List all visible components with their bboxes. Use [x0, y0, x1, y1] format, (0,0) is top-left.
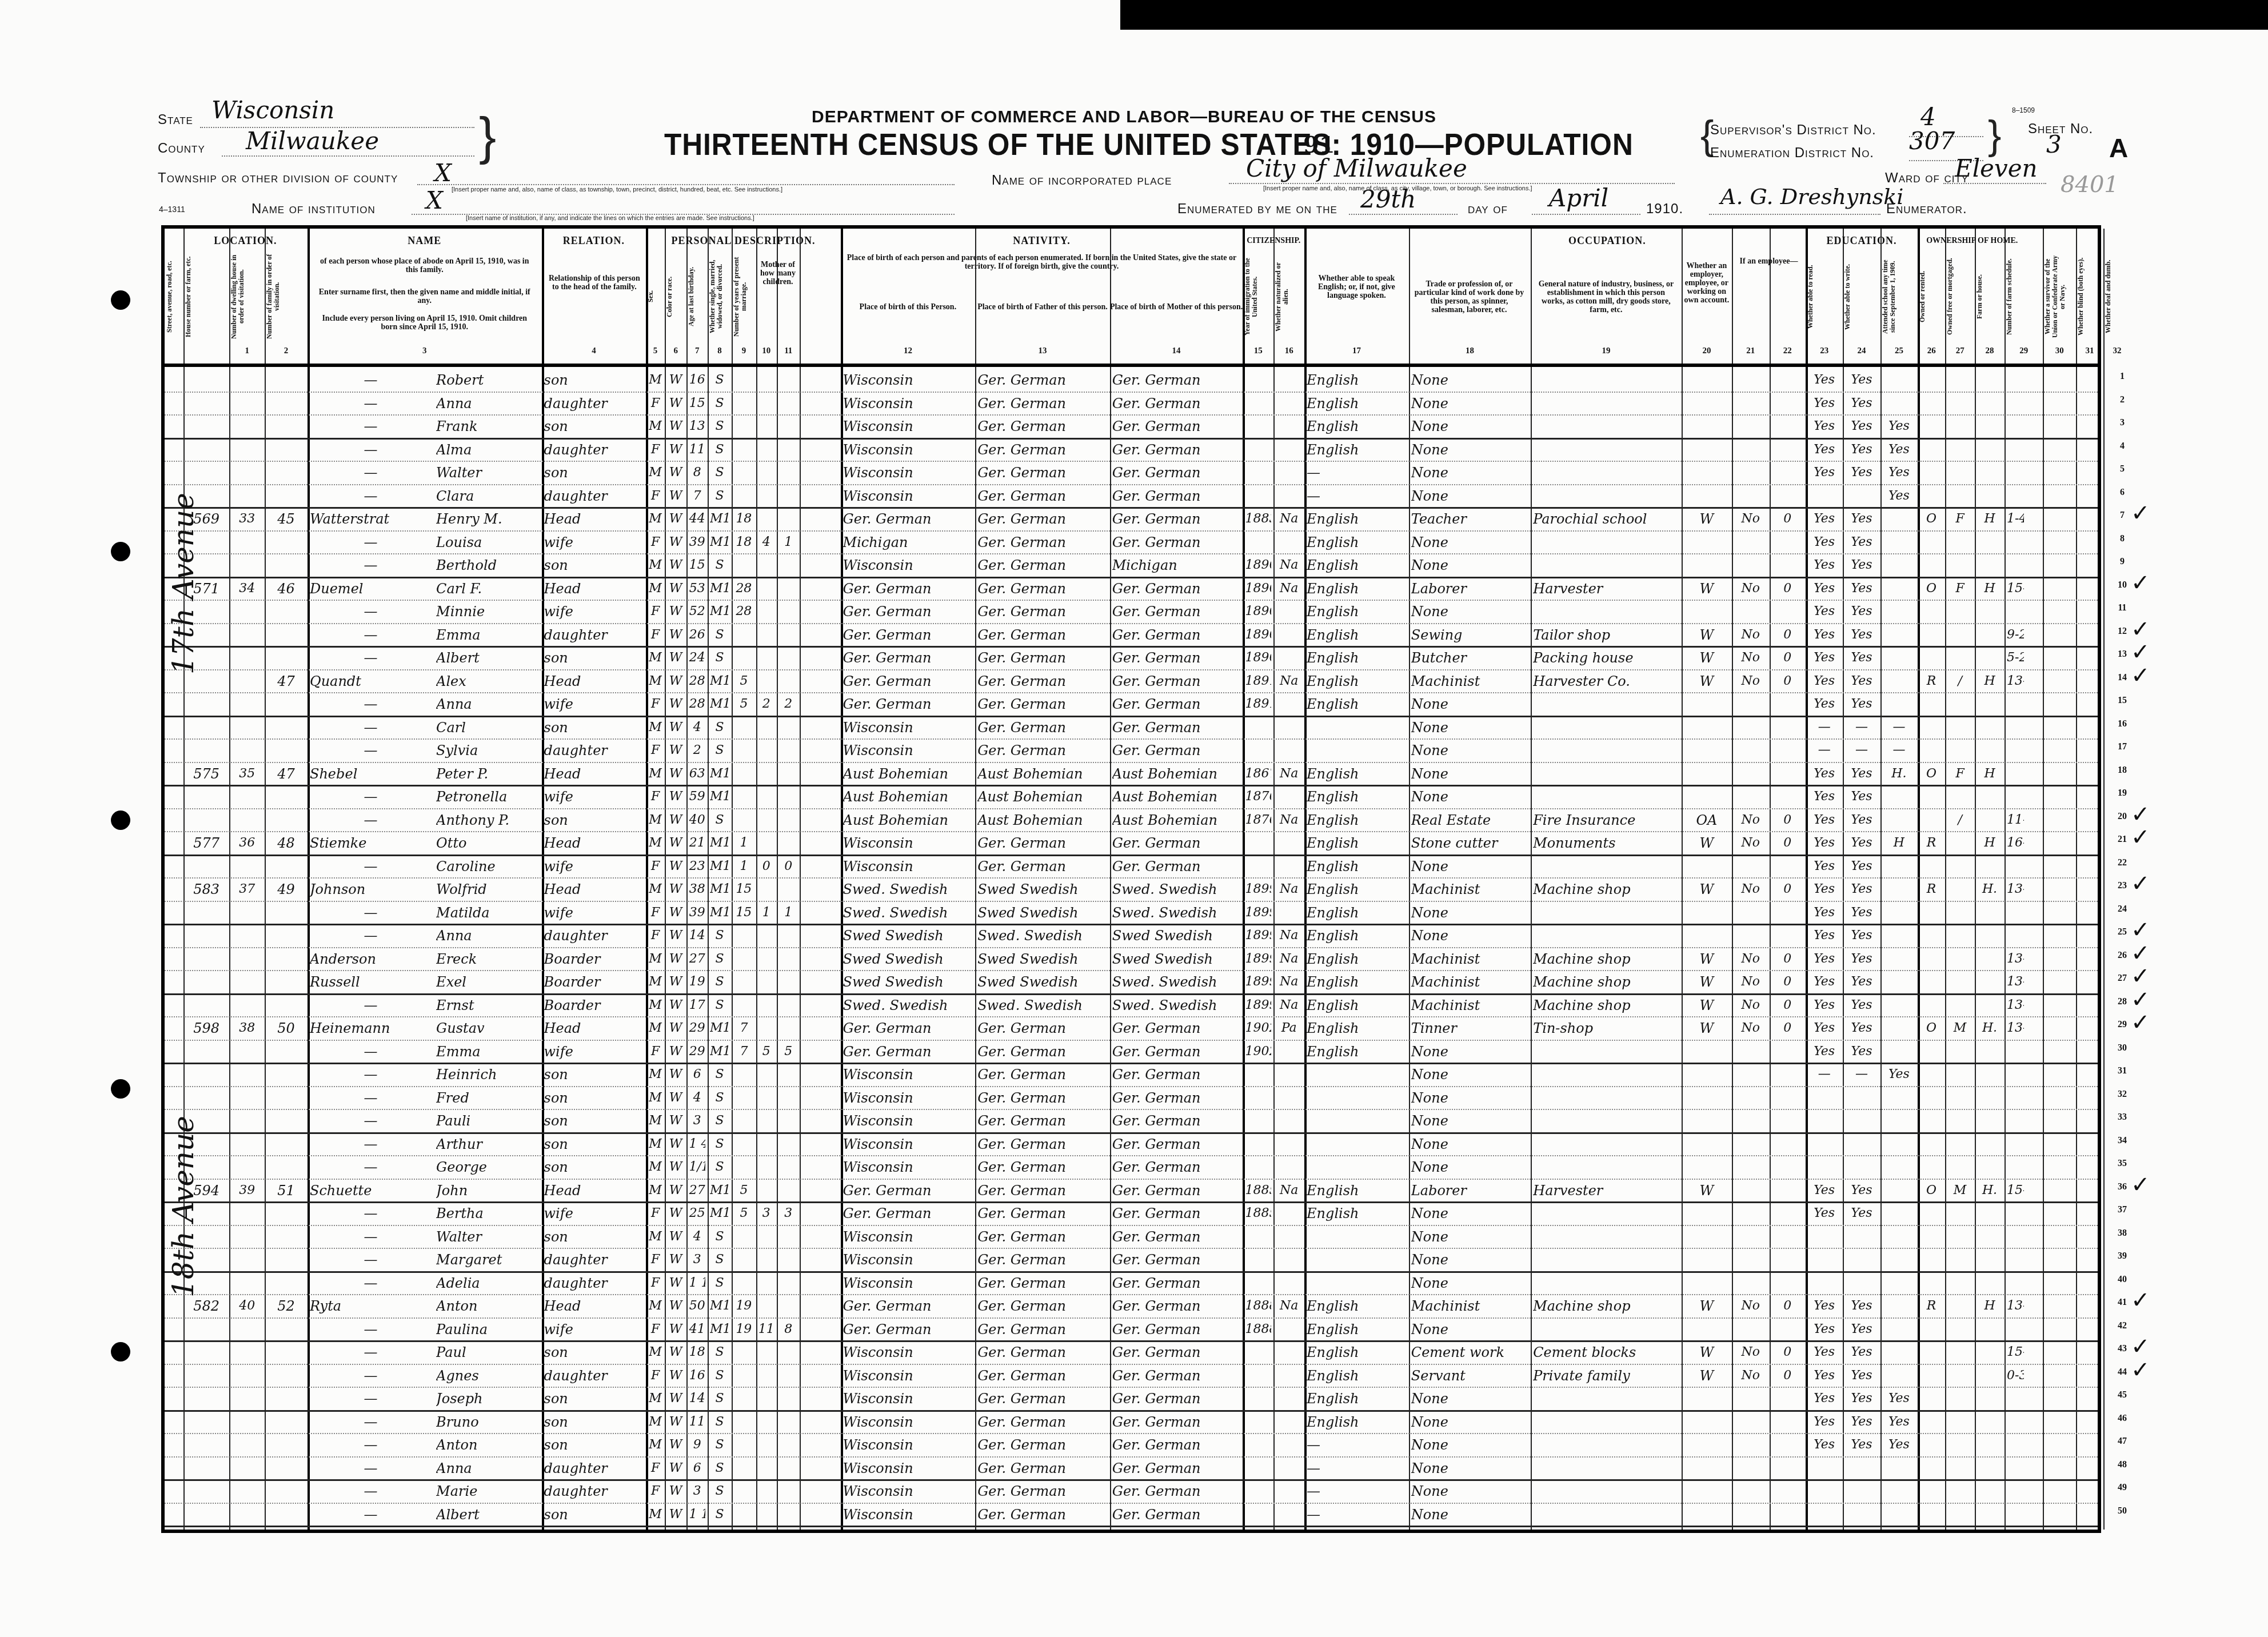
cell-given: Minnie: [436, 603, 539, 619]
cell-english: English: [1307, 858, 1407, 874]
cell-mother: Ger. German: [1112, 1344, 1241, 1360]
cell-house: [186, 1506, 227, 1522]
dotted-rule: [1349, 214, 1458, 215]
cell-born: [758, 418, 775, 434]
institution-value: X: [426, 186, 443, 214]
cell-sched: 11-0-2-X: [2007, 812, 2024, 828]
cell-free: F: [1947, 765, 1972, 781]
cell-nat: [1276, 719, 1302, 735]
cell-living: 2: [779, 696, 797, 712]
cell-surname: —: [310, 1321, 432, 1337]
column-header: Year of immigration to the United States…: [1244, 254, 1272, 340]
cell-given: Frank: [436, 418, 539, 434]
cell-house: [186, 673, 227, 689]
column-header: Whether an employer, employee, or workin…: [1682, 262, 1732, 330]
cell-house: [186, 1390, 227, 1406]
cell-house: [186, 1483, 227, 1499]
cell-surname: —: [310, 1414, 432, 1430]
line-number: 3: [2114, 418, 2131, 428]
cell-english: English: [1307, 951, 1407, 967]
cell-father: Ger. German: [977, 649, 1108, 665]
cell-read: Yes: [1808, 1043, 1840, 1059]
cell-farm: [1977, 1228, 2002, 1244]
cell-relation: son: [544, 719, 644, 735]
binder-hole: [111, 290, 130, 310]
cell-relation: wife: [544, 1043, 644, 1059]
cell-farm: [1977, 1205, 2002, 1221]
cell-surname: —: [310, 1344, 432, 1360]
cell-born: [758, 1089, 775, 1105]
table-row: —AnnawifeFW28M1522Ger. GermanGer. German…: [165, 693, 2098, 717]
cell-father: Ger. German: [977, 719, 1108, 735]
cell-house: [186, 1089, 227, 1105]
cell-immig: 1899: [1245, 997, 1271, 1013]
cell-yrs: [734, 1436, 753, 1452]
cell-trade: Sewing: [1411, 626, 1528, 642]
cell-yrs: [734, 1460, 753, 1476]
cell-immig: [1245, 1275, 1271, 1291]
cell-living: [779, 395, 797, 411]
cell-nat: [1276, 1228, 1302, 1244]
cell-out: [1734, 1414, 1767, 1430]
cell-english: English: [1307, 1344, 1407, 1360]
cell-school: [1883, 1020, 1915, 1036]
cell-emp: [1684, 1066, 1730, 1082]
cell-free: [1947, 626, 1972, 642]
cell-out: [1734, 1112, 1767, 1128]
column-header: Place of birth of Mother of this person.: [1110, 303, 1243, 326]
cell-father: Ger. German: [977, 1020, 1108, 1036]
column-header: Owned or rented.: [1919, 254, 1944, 340]
cell-father: Ger. German: [977, 858, 1108, 874]
cell-father: Ger. German: [977, 835, 1108, 851]
cell-free: [1947, 835, 1972, 851]
cell-dwelling: [231, 1414, 262, 1430]
township-label: Township or other division of county: [158, 170, 398, 186]
cell-marital: S: [710, 441, 729, 457]
cell-mother: Ger. German: [1112, 1089, 1241, 1105]
cell-family: [267, 1251, 305, 1267]
cell-color: W: [667, 441, 684, 457]
cell-nat: Na: [1276, 557, 1302, 573]
cell-emp: W: [1684, 1344, 1730, 1360]
cell-industry: [1533, 1483, 1679, 1499]
cell-given: Carl: [436, 719, 539, 735]
cell-mother: Swed Swedish: [1112, 927, 1241, 943]
cell-emp: W: [1684, 1020, 1730, 1036]
cell-age: 21: [689, 835, 705, 851]
cell-farm: [1977, 1159, 2002, 1175]
cell-born: 0: [758, 858, 775, 874]
cell-write: Yes: [1845, 1020, 1878, 1036]
table-row: —AlmadaughterFW11SWisconsinGer. GermanGe…: [165, 439, 2098, 462]
column-number: 24: [1843, 346, 1880, 356]
cell-color: W: [667, 534, 684, 550]
cell-family: [267, 1066, 305, 1082]
line-number: 16: [2114, 719, 2131, 729]
cell-father: Ger. German: [977, 1414, 1108, 1430]
cell-age: 6: [689, 1066, 705, 1082]
cell-out: [1734, 395, 1767, 411]
cell-english: English: [1307, 1390, 1407, 1406]
cell-sched: 5-2-3-4: [2007, 649, 2024, 665]
cell-emp: W: [1684, 973, 1730, 989]
cell-given: Albert: [436, 1506, 539, 1522]
cell-dwelling: [231, 1321, 262, 1337]
cell-color: W: [667, 418, 684, 434]
check-mark-icon: ✓: [2131, 500, 2150, 526]
column-number: 10: [756, 346, 777, 356]
cell-father: Ger. German: [977, 1066, 1108, 1082]
cell-weeks: [1772, 1182, 1803, 1198]
cell-own: [1920, 927, 1943, 943]
cell-sched: [2007, 788, 2024, 804]
cell-given: Adelia: [436, 1275, 539, 1291]
cell-emp: [1684, 765, 1730, 781]
cell-read: Yes: [1808, 395, 1840, 411]
cell-immig: [1245, 858, 1271, 874]
table-row: —ErnstBoarderMW17SSwed. SwedishSwed. Swe…: [165, 995, 2098, 1018]
cell-sched: 13-1-4-3: [2007, 997, 2024, 1013]
cell-farm: H: [1977, 510, 2002, 526]
cell-mother: Ger. German: [1112, 742, 1241, 758]
cell-relation: wife: [544, 1205, 644, 1221]
cell-free: [1947, 1275, 1972, 1291]
column-number: 18: [1409, 346, 1531, 356]
cell-given: Anna: [436, 696, 539, 712]
cell-out: [1734, 488, 1767, 504]
column-number: 22: [1770, 346, 1806, 356]
cell-weeks: [1772, 719, 1803, 735]
cell-surname: —: [310, 464, 432, 480]
cell-own: O: [1920, 1020, 1943, 1036]
cell-relation: daughter: [544, 441, 644, 457]
cell-relation: Head: [544, 835, 644, 851]
cell-read: Yes: [1808, 441, 1840, 457]
cell-birth: Ger. German: [843, 1297, 973, 1313]
cell-school: [1883, 858, 1915, 874]
cell-trade: None: [1411, 904, 1528, 920]
margin-number: 8401: [2061, 171, 2119, 198]
cell-read: Yes: [1808, 1321, 1840, 1337]
cell-farm: [1977, 1136, 2002, 1152]
cell-mother: Ger. German: [1112, 603, 1241, 619]
cell-school: Yes: [1883, 441, 1915, 457]
cell-trade: None: [1411, 603, 1528, 619]
cell-weeks: [1772, 765, 1803, 781]
cell-surname: Watterstrat: [310, 510, 432, 526]
cell-immig: 1876: [1245, 788, 1271, 804]
cell-nat: [1276, 464, 1302, 480]
cell-sched: [2007, 395, 2024, 411]
cell-nat: [1276, 835, 1302, 851]
cell-trade: None: [1411, 696, 1528, 712]
cell-out: [1734, 927, 1767, 943]
cell-living: 5: [779, 1043, 797, 1059]
cell-marital: S: [710, 464, 729, 480]
cell-write: Yes: [1845, 812, 1878, 828]
cell-dwelling: [231, 719, 262, 735]
cell-industry: [1533, 719, 1679, 735]
cell-industry: [1533, 1506, 1679, 1522]
cell-marital: S: [710, 719, 729, 735]
cell-yrs: [734, 1414, 753, 1430]
cell-trade: None: [1411, 1390, 1528, 1406]
cell-father: Ger. German: [977, 1390, 1108, 1406]
column-number: 29: [2005, 346, 2043, 356]
column-number: 6: [665, 346, 686, 356]
cell-living: [779, 927, 797, 943]
cell-sex: M: [648, 1506, 662, 1522]
cell-trade: None: [1411, 1159, 1528, 1175]
cell-industry: [1533, 1205, 1679, 1221]
cell-english: [1307, 1066, 1407, 1082]
cell-birth: Wisconsin: [843, 1460, 973, 1476]
cell-weeks: [1772, 1136, 1803, 1152]
column-number: 12: [841, 346, 976, 356]
cell-house: [186, 418, 227, 434]
cell-trade: Machinist: [1411, 997, 1528, 1013]
cell-family: [267, 1506, 305, 1522]
cell-family: 49: [267, 881, 305, 897]
cell-living: [779, 1066, 797, 1082]
cell-birth: Wisconsin: [843, 1136, 973, 1152]
cell-own: [1920, 626, 1943, 642]
cell-read: [1808, 1506, 1840, 1522]
cell-living: [779, 441, 797, 457]
cell-out: [1734, 1228, 1767, 1244]
cell-trade: None: [1411, 395, 1528, 411]
cell-yrs: 15: [734, 881, 753, 897]
cell-nat: [1276, 1390, 1302, 1406]
cell-age: 2: [689, 742, 705, 758]
column-number: 25: [1880, 346, 1918, 356]
cell-surname: Quandt: [310, 673, 432, 689]
cell-weeks: [1772, 1205, 1803, 1221]
cell-given: Matilda: [436, 904, 539, 920]
cell-birth: Wisconsin: [843, 557, 973, 573]
table-row: AndersonEreckBoarderMW27SSwed SwedishSwe…: [165, 948, 2098, 972]
cell-free: [1947, 1506, 1972, 1522]
cell-yrs: 5: [734, 696, 753, 712]
cell-weeks: [1772, 1275, 1803, 1291]
cell-industry: [1533, 1251, 1679, 1267]
table-row: —SylviadaughterFW2SWisconsinGer. GermanG…: [165, 740, 2098, 763]
cell-house: [186, 441, 227, 457]
cell-weeks: [1772, 858, 1803, 874]
cell-immig: [1245, 742, 1271, 758]
column-header: Attended school any time since September…: [1882, 254, 1916, 340]
cell-living: [779, 1414, 797, 1430]
check-mark-icon: ✓: [2131, 662, 2150, 689]
cell-out: No: [1734, 673, 1767, 689]
cell-trade: None: [1411, 1066, 1528, 1082]
cell-write: Yes: [1845, 557, 1878, 573]
cell-emp: W: [1684, 997, 1730, 1013]
cell-relation: son: [544, 1136, 644, 1152]
enumeration-label: Enumeration District No.: [1710, 145, 1874, 161]
cell-color: W: [667, 858, 684, 874]
cell-write: Yes: [1845, 1321, 1878, 1337]
cell-english: English: [1307, 1297, 1407, 1313]
cell-industry: Harvester Co.: [1533, 673, 1679, 689]
cell-emp: [1684, 395, 1730, 411]
cell-free: [1947, 1367, 1972, 1383]
cell-yrs: [734, 997, 753, 1013]
column-header: Relationship of this person to the head …: [546, 274, 642, 309]
cell-free: [1947, 1089, 1972, 1105]
cell-surname: —: [310, 858, 432, 874]
cell-nat: [1276, 372, 1302, 388]
table-row: 47QuandtAlexHeadMW28M15Ger. GermanGer. G…: [165, 670, 2098, 694]
cell-weeks: [1772, 904, 1803, 920]
cell-age: 16: [689, 1367, 705, 1383]
cell-trade: Machinist: [1411, 1297, 1528, 1313]
line-number: 11: [2114, 603, 2131, 613]
cell-surname: Stiemke: [310, 835, 432, 851]
cell-trade: None: [1411, 1228, 1528, 1244]
cell-farm: [1977, 904, 2002, 920]
line-number: 27: [2114, 973, 2131, 984]
table-row: —BerthawifeFW25M1533Ger. GermanGer. Germ…: [165, 1203, 2098, 1226]
cell-family: [267, 812, 305, 828]
cell-immig: 1902: [1245, 1043, 1271, 1059]
cell-own: O: [1920, 580, 1943, 596]
cell-age: 63: [689, 765, 705, 781]
cell-immig: 1890: [1245, 557, 1271, 573]
cell-industry: [1533, 1112, 1679, 1128]
cell-school: Yes: [1883, 488, 1915, 504]
column-header: General nature of industry, business, or…: [1536, 280, 1676, 326]
cell-age: 15: [689, 395, 705, 411]
cell-own: [1920, 1066, 1943, 1082]
cell-free: [1947, 464, 1972, 480]
cell-given: Wolfrid: [436, 881, 539, 897]
cell-emp: [1684, 904, 1730, 920]
cell-immig: [1245, 1228, 1271, 1244]
cell-weeks: [1772, 1228, 1803, 1244]
check-mark-icon: ✓: [2131, 871, 2150, 897]
table-row: —WaltersonMW8SWisconsinGer. GermanGer. G…: [165, 462, 2098, 485]
form-id: 8–1509: [2012, 106, 2035, 114]
cell-surname: —: [310, 742, 432, 758]
cell-school: [1883, 1344, 1915, 1360]
cell-own: [1920, 1136, 1943, 1152]
cell-sched: [2007, 1436, 2024, 1452]
cell-free: [1947, 742, 1972, 758]
cell-industry: [1533, 534, 1679, 550]
cell-relation: wife: [544, 603, 644, 619]
cell-dwelling: [231, 696, 262, 712]
cell-own: R: [1920, 673, 1943, 689]
cell-living: [779, 1483, 797, 1499]
column-header: Whether naturalized or alien.: [1275, 254, 1303, 340]
cell-mother: Ger. German: [1112, 372, 1241, 388]
cell-mother: Ger. German: [1112, 580, 1241, 596]
cell-sched: [2007, 719, 2024, 735]
cell-english: English: [1307, 1043, 1407, 1059]
cell-trade: None: [1411, 1089, 1528, 1105]
cell-write: Yes: [1845, 510, 1878, 526]
cell-surname: —: [310, 1112, 432, 1128]
cell-family: [267, 557, 305, 573]
cell-sched: [2007, 488, 2024, 504]
cell-read: Yes: [1808, 557, 1840, 573]
cell-immig: 1899: [1245, 973, 1271, 989]
cell-write: Yes: [1845, 1205, 1878, 1221]
cell-immig: 1902: [1245, 1020, 1271, 1036]
cell-relation: son: [544, 1390, 644, 1406]
cell-given: Walter: [436, 464, 539, 480]
column-number: 31: [2076, 346, 2103, 356]
cell-free: [1947, 997, 1972, 1013]
cell-birth: Ger. German: [843, 1205, 973, 1221]
cell-farm: H.: [1977, 1020, 2002, 1036]
cell-read: Yes: [1808, 418, 1840, 434]
cell-birth: Wisconsin: [843, 835, 973, 851]
cell-color: W: [667, 1275, 684, 1291]
cell-own: [1920, 1344, 1943, 1360]
cell-write: Yes: [1845, 835, 1878, 851]
cell-mother: Aust Bohemian: [1112, 812, 1241, 828]
cell-surname: —: [310, 1136, 432, 1152]
cell-father: Swed Swedish: [977, 881, 1108, 897]
cell-birth: Wisconsin: [843, 1159, 973, 1175]
cell-relation: daughter: [544, 1251, 644, 1267]
cell-school: Yes: [1883, 1066, 1915, 1082]
cell-born: [758, 812, 775, 828]
cell-own: [1920, 534, 1943, 550]
cell-nat: [1276, 1275, 1302, 1291]
cell-industry: Harvester: [1533, 580, 1679, 596]
cell-relation: Boarder: [544, 951, 644, 967]
cell-mother: Ger. German: [1112, 1321, 1241, 1337]
cell-sched: 15-5-3-7: [2007, 580, 2024, 596]
cell-sched: [2007, 441, 2024, 457]
cell-read: Yes: [1808, 973, 1840, 989]
cell-farm: [1977, 858, 2002, 874]
cell-out: [1734, 1159, 1767, 1175]
cell-father: Ger. German: [977, 1321, 1108, 1337]
cell-mother: Ger. German: [1112, 510, 1241, 526]
cell-weeks: 0: [1772, 1297, 1803, 1313]
cell-birth: Swed Swedish: [843, 973, 973, 989]
cell-read: [1808, 1228, 1840, 1244]
cell-write: Yes: [1845, 997, 1878, 1013]
cell-out: No: [1734, 951, 1767, 967]
cell-read: Yes: [1808, 904, 1840, 920]
cell-family: [267, 858, 305, 874]
cell-trade: None: [1411, 372, 1528, 388]
cell-farm: H: [1977, 580, 2002, 596]
cell-surname: Anderson: [310, 951, 432, 967]
line-number: 14: [2114, 673, 2131, 683]
cell-color: W: [667, 1414, 684, 1430]
table-row: —ArthursonMW1 4/12SWisconsinGer. GermanG…: [165, 1133, 2098, 1157]
cell-own: [1920, 1205, 1943, 1221]
table-row: —BertholdsonMW15SWisconsinGer. GermanMic…: [165, 554, 2098, 578]
cell-own: O: [1920, 1182, 1943, 1198]
cell-industry: [1533, 1436, 1679, 1452]
cell-immig: 1890: [1245, 649, 1271, 665]
column-number: 13: [975, 346, 1110, 356]
cell-born: 3: [758, 1205, 775, 1221]
cell-age: 1 1/12: [689, 1275, 705, 1291]
cell-given: Agnes: [436, 1367, 539, 1383]
cell-english: English: [1307, 835, 1407, 851]
cell-family: [267, 441, 305, 457]
cell-immig: [1245, 1460, 1271, 1476]
